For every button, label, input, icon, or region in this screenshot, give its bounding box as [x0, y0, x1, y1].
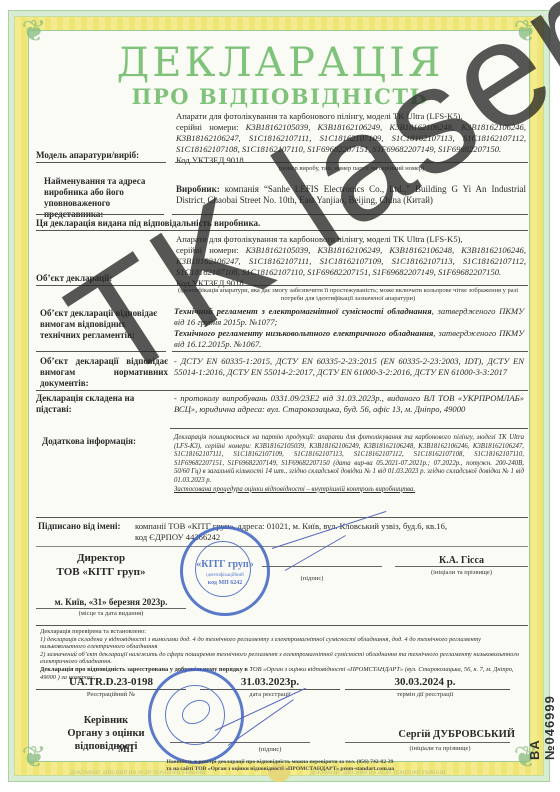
divider	[36, 625, 528, 626]
director-signature-note: (підпис)	[282, 575, 342, 582]
divider	[36, 390, 528, 391]
procedure-note: Застосована процедура оцінки відповіднос…	[174, 486, 415, 493]
authority-name-note: (ініціали та прізвище)	[370, 745, 510, 752]
tech-regs-label: Об’єкт декларації відповідає вимогам від…	[40, 308, 168, 341]
signed-label: Підписано від імені:	[38, 521, 120, 532]
section-signed: Підписано від імені: компанії ТОВ «КІТГ …	[36, 521, 528, 547]
model-value: Апарати для фотолікування та карбонового…	[176, 111, 526, 166]
director-block: Директор ТОВ «КІТГ груп»	[36, 551, 166, 579]
divider	[36, 230, 528, 231]
authority-stamp	[148, 668, 244, 764]
name-line	[395, 566, 528, 567]
place-date: м. Київ, «31» березня 2023р.	[36, 597, 186, 607]
verification-title: Декларація перевірена та встановлено:	[40, 628, 528, 636]
divider	[345, 689, 510, 690]
divider	[175, 162, 528, 163]
object-label: Об’єкт декларації:	[36, 273, 112, 284]
section-object: Апарати для фотолікування та карбонового…	[36, 234, 528, 284]
section-basis: Декларація складена на підставі: - прото…	[36, 393, 528, 427]
tech-regs-value: Технічний регламент з електромагнітної с…	[174, 306, 524, 350]
section-tech-regs: Об’єкт декларації відповідає вимогам від…	[36, 306, 528, 346]
blank-serial-number: BA №046999	[527, 695, 557, 760]
footer-line-1: Наявність в реєстрі декларації про відпо…	[0, 759, 560, 765]
authority-mp: МП	[118, 744, 134, 754]
authority-signature-note: (підпис)	[240, 746, 300, 753]
manufacturer-value: Виробник: компанія “Sanhe LEFIS Electron…	[176, 184, 526, 206]
authority-name: Сергій ДУБРОВСЬКИЙ	[350, 729, 515, 740]
footer-line-2: та на сайті ТОВ «Орган з оцінки відповід…	[0, 766, 560, 772]
name-line	[345, 742, 510, 743]
section-additional: Додаткова інформація: Декларація поширює…	[36, 434, 528, 514]
basis-label: Декларація складена на підставі:	[36, 393, 164, 415]
basis-value: - протоколу випробувань 0331.09/23Е2 від…	[174, 393, 524, 415]
model-note: (номер виробу, тип, номер партії чи сері…	[175, 165, 528, 172]
director-company: ТОВ «КІТГ груп»	[36, 565, 166, 579]
divider	[36, 608, 186, 609]
divider	[36, 517, 528, 518]
object-note: (ідентифікація апаратури, яка дає змогу …	[168, 287, 528, 303]
director-title: Директор	[36, 551, 166, 565]
divider	[36, 214, 164, 215]
model-label: Модель апаратури/виріб:	[36, 150, 139, 161]
divider	[170, 428, 528, 429]
section-manufacturer: Найменування та адреса виробника або йог…	[36, 176, 528, 216]
document-title: ДЕКЛАРАЦІЯ	[0, 40, 560, 86]
additional-label: Додаткова інформація:	[42, 436, 136, 447]
registration-valid-note: термін дії реєстрації	[345, 691, 505, 698]
divider	[172, 351, 528, 352]
norm-docs-label: Об’єкт декларації відповідає вимогам нор…	[40, 356, 168, 389]
signature-line	[262, 566, 382, 567]
section-verification: Декларація перевірена та встановлено: 1)…	[40, 628, 528, 681]
divider	[172, 214, 528, 215]
director-name-note: (ініціали та прізвище)	[395, 569, 528, 576]
norm-docs-value: - ДСТУ EN 60335-1:2015, ДСТУ EN 60335-2-…	[174, 356, 524, 378]
divider	[36, 546, 528, 547]
divider	[36, 285, 528, 286]
director-name: К.А. Гісса	[395, 555, 528, 566]
divider	[36, 351, 166, 352]
additional-value: Декларація поширюється на партію продукц…	[174, 434, 524, 494]
verification-item-1: 1) декларація складена у відповідності з…	[40, 636, 528, 651]
document-subtitle: ПРО ВІДПОВІДНІСТЬ	[0, 84, 560, 109]
section-model: Апарати для фотолікування та карбонового…	[36, 111, 528, 161]
company-stamp: «КІТГ груп» ідентифікаційний код МП 6242	[180, 526, 270, 616]
registration-valid-until: 30.03.2024 р.	[345, 676, 505, 688]
divider	[36, 162, 166, 163]
place-date-note: (місце та дата видання)	[36, 610, 186, 617]
object-value: Апарати для фотолікування та карбонового…	[176, 234, 526, 289]
model-code: Код УКТЗЕД 9018.	[176, 155, 246, 165]
verification-item-2: 2) зазначений об’єкт декларації належить…	[40, 651, 528, 666]
section-norm-docs: Об’єкт декларації відповідає вимогам нор…	[36, 356, 528, 392]
signed-value: компанії ТОВ «КІТГ груп», адреса: 01021,…	[135, 521, 447, 543]
